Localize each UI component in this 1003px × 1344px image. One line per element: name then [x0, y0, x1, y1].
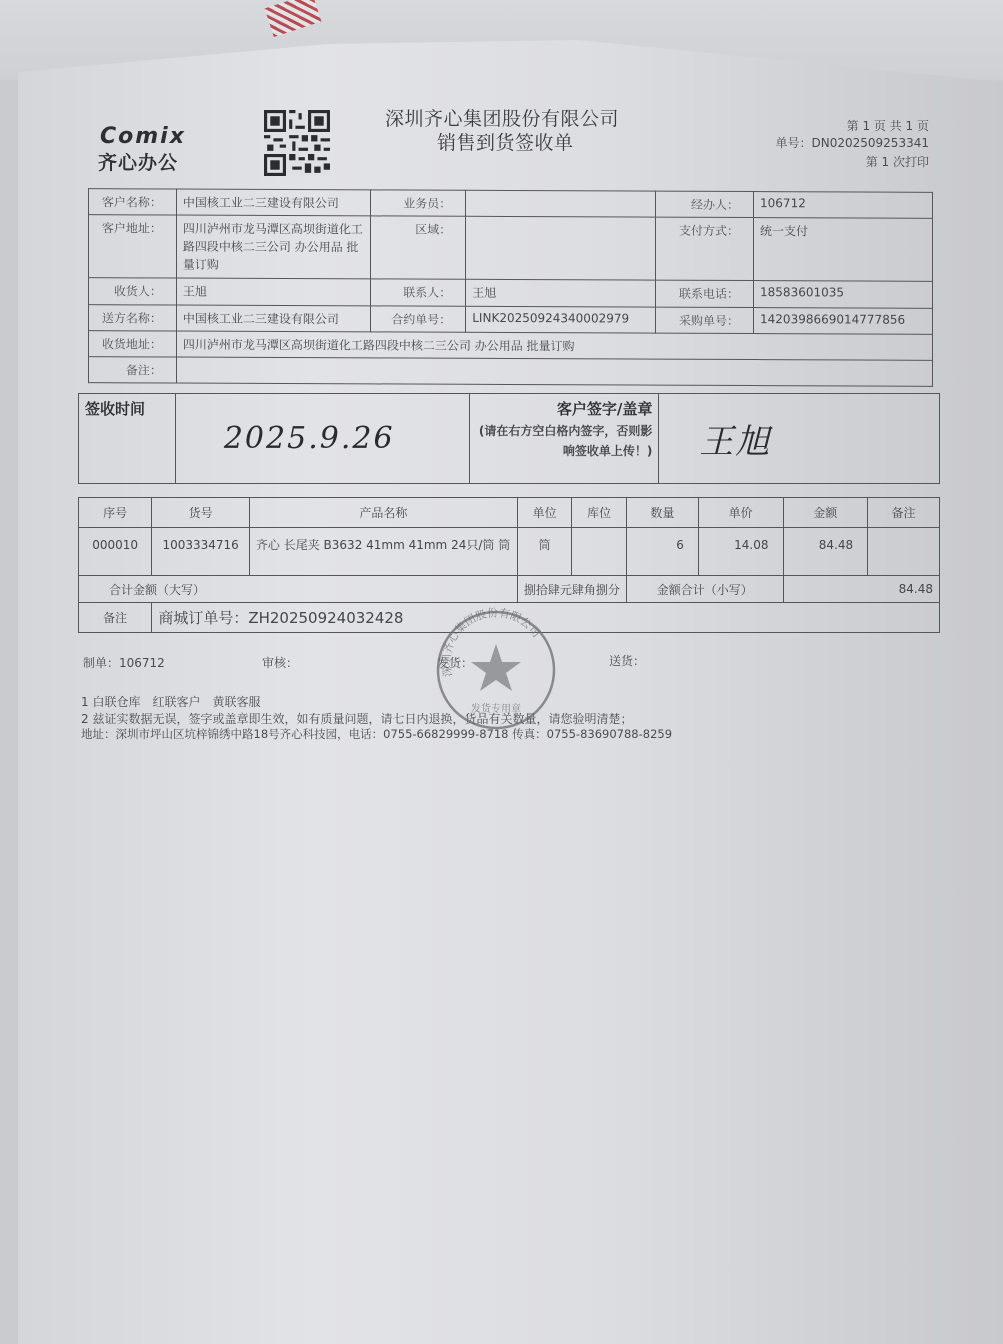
total-upper-label: 合计金额（大写）	[79, 576, 518, 603]
contact-label: 联系人：	[371, 279, 466, 306]
order-number: 单号：DN0202509253341	[776, 134, 929, 151]
column-header: 单价	[698, 498, 783, 528]
handler-label: 经办人：	[656, 191, 754, 217]
contract-label: 合约单号：	[371, 306, 466, 332]
cell-location	[572, 528, 627, 576]
handler: 106712	[754, 192, 933, 219]
signature-note: (请在右方空白格内签字，否则影响签收单上传！)	[476, 421, 653, 461]
review: 审核：	[262, 654, 298, 671]
cell-price: 14.08	[698, 528, 783, 576]
total-upper-value: 捌拾肆元肆角捌分	[517, 576, 626, 603]
signature-handwritten[interactable]: 王旭	[699, 422, 771, 462]
signature-label: 客户签字/盖章	[476, 398, 653, 419]
column-header: 数量	[626, 498, 698, 528]
maker: 制单：106712	[83, 654, 165, 671]
cell-name: 齐心 长尾夹 B3632 41mm 41mm 24只/筒 筒	[249, 528, 517, 576]
cell-sku: 1003334716	[152, 528, 250, 576]
background-object	[265, 0, 322, 37]
contract-number: LINK20250924340002979	[466, 306, 656, 333]
sign-date-handwritten: 2025.9.26	[224, 421, 395, 456]
column-header: 备注	[868, 498, 940, 528]
remarks-label: 备注：	[89, 357, 177, 383]
column-header: 产品名称	[249, 498, 517, 528]
sign-time-label: 签收时间	[79, 394, 176, 484]
salesperson-label: 业务员：	[371, 190, 466, 216]
page-info: 第 1 页 共 1 页	[847, 117, 929, 134]
column-header: 货号	[152, 498, 250, 528]
company-address: 地址：深圳市坪山区坑梓锦绣中路18号齐心科技园，电话：0755-66829999…	[81, 726, 672, 742]
region	[466, 216, 656, 280]
seal-subtext: 发货专用章	[471, 702, 521, 715]
company-title: 深圳齐心集团股份有限公司	[385, 104, 619, 131]
total-lower-label: 金额合计（小写）	[626, 576, 783, 603]
customer-name: 中国核工业二三建设有限公司	[176, 189, 371, 216]
ship-to: 中国核工业二三建设有限公司	[176, 305, 371, 332]
qr-code-icon	[261, 110, 333, 176]
copies-note: 1 白联仓库 红联客户 黄联客服	[81, 693, 260, 710]
table-row: 0000101003334716齐心 长尾夹 B3632 41mm 41mm 2…	[79, 528, 940, 576]
customer-info-table: 客户名称： 中国核工业二三建设有限公司 业务员： 经办人： 106712 客户地…	[88, 188, 933, 387]
payment-method: 统一支付	[754, 218, 933, 282]
form-title: 销售到货签收单	[437, 128, 574, 155]
receiver-label: 收货人：	[89, 278, 177, 305]
remarks	[176, 357, 932, 386]
deliver: 送货：	[609, 652, 645, 669]
column-header: 金额	[783, 498, 868, 528]
cell-amount: 84.48	[783, 528, 868, 576]
payment-label: 支付方式：	[656, 217, 754, 280]
cell-seq: 000010	[79, 528, 152, 576]
delivery-address-label: 收货地址：	[89, 331, 177, 357]
print-count: 第 1 次打印	[866, 153, 929, 170]
brand-logo-en: Comix	[100, 124, 186, 149]
delivery-address: 四川泸州市龙马潭区高坝街道化工路四段中核二三公司 办公用品 批量订购	[176, 331, 932, 360]
phone-label: 联系电话：	[656, 280, 754, 307]
brand-logo-cn: 齐心办公	[98, 148, 178, 175]
customer-name-label: 客户名称：	[89, 189, 177, 215]
customer-address-label: 客户地址：	[89, 215, 177, 278]
region-label: 区域：	[371, 216, 466, 279]
receiver: 王旭	[176, 278, 371, 306]
sign-table: 签收时间 2025.9.26 客户签字/盖章 (请在右方空白格内签字，否则影响签…	[78, 393, 940, 484]
purchase-number: 1420398669014777856	[754, 308, 933, 335]
column-header: 库位	[572, 498, 627, 528]
cell-note	[868, 528, 940, 576]
customer-address: 四川泸州市龙马潭区高坝街道化工路四段中核二三公司 办公用品 批量订购	[176, 215, 371, 279]
phone: 18583601035	[754, 281, 933, 309]
cell-qty: 6	[626, 528, 698, 576]
company-seal-stamp: 深圳齐心集团股份有限公司 发货专用章	[432, 606, 560, 734]
purchase-label: 采购单号：	[656, 307, 754, 333]
salesperson	[466, 190, 656, 217]
order-remark-label: 备注	[79, 603, 152, 633]
column-header: 单位	[517, 498, 572, 528]
cell-unit: 筒	[517, 528, 572, 576]
contact: 王旭	[466, 279, 656, 307]
total-lower-value: 84.48	[783, 576, 940, 603]
column-header: 序号	[79, 498, 152, 528]
ship-to-label: 送方名称：	[89, 305, 177, 331]
